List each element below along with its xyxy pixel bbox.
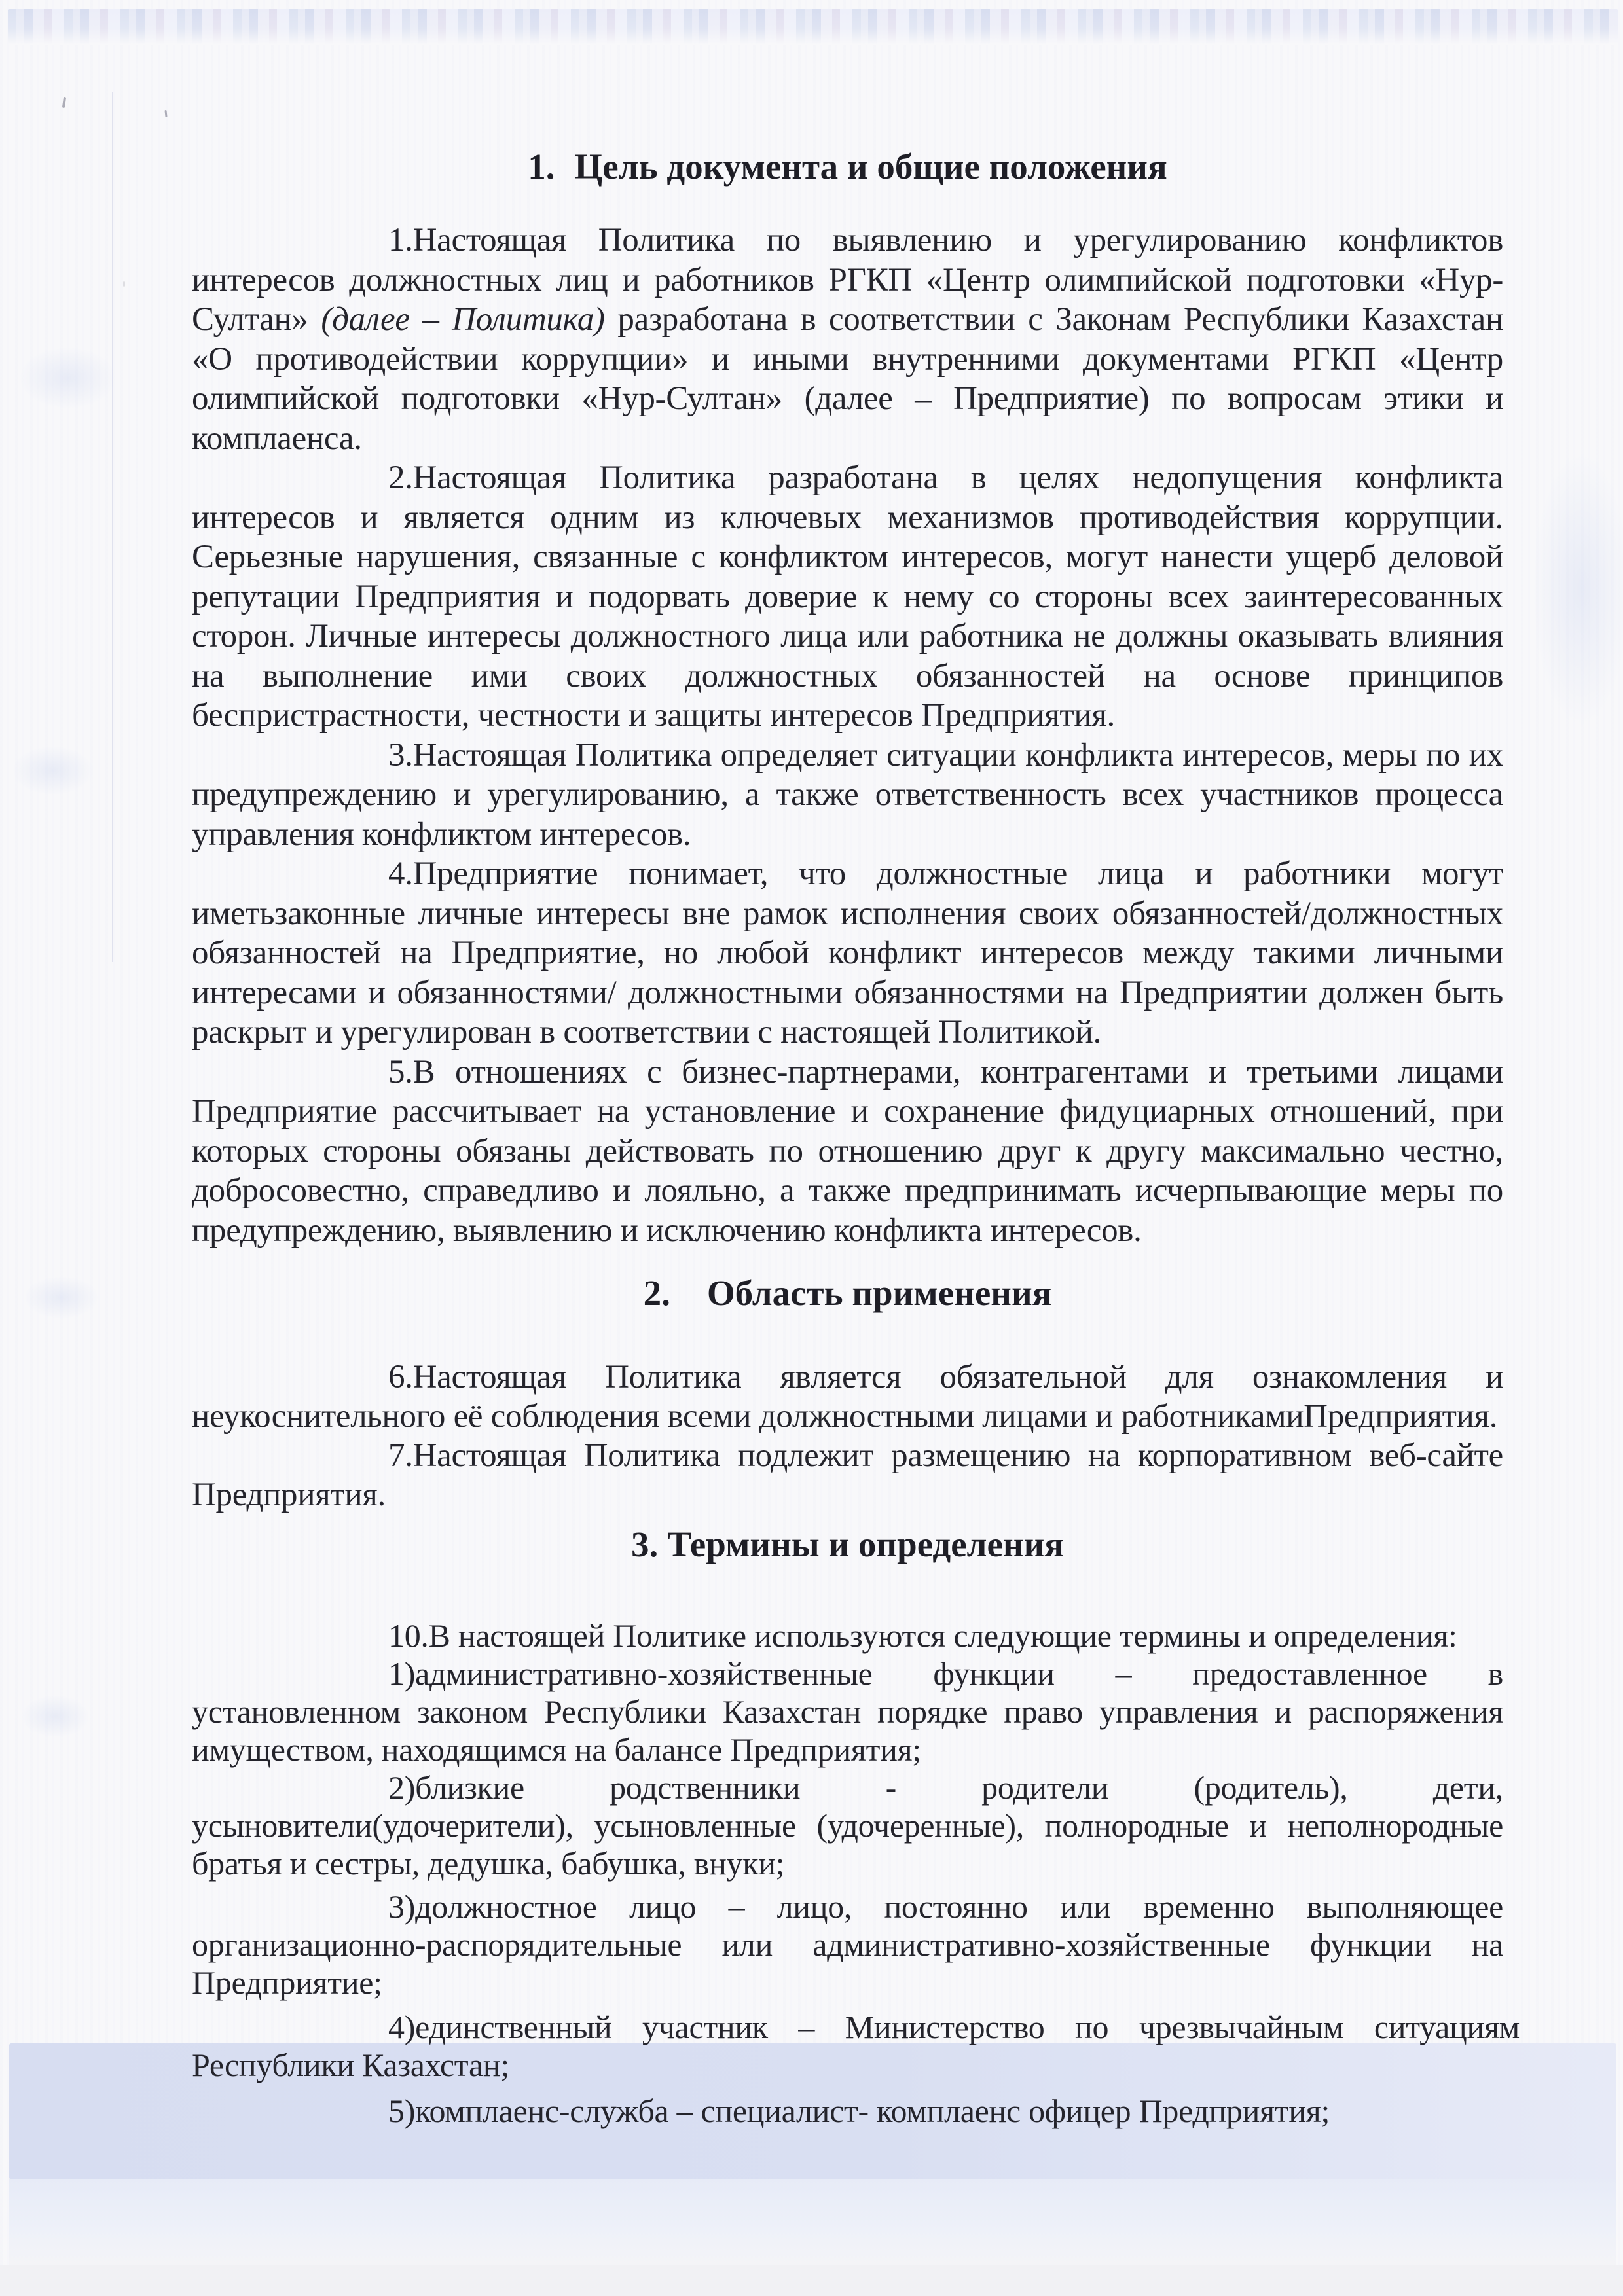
paragraph-4: 4.Предприятие понимает, что должностные … xyxy=(192,854,1503,1052)
section-3-title: Термины и определения xyxy=(667,1524,1064,1564)
section-3-number: 3. xyxy=(631,1525,658,1564)
section-2-heading: 2.Область применения xyxy=(192,1274,1503,1313)
pencil-mark xyxy=(164,110,167,117)
definition-1: 1)административно-хозяйственные функции … xyxy=(192,1655,1503,1768)
section-1-heading: 1.Цель документа и общие положения xyxy=(192,147,1503,187)
paragraph-7-number: 7. xyxy=(290,1436,413,1475)
pencil-mark xyxy=(62,97,66,108)
definition-5-number: 5) xyxy=(290,2092,415,2130)
section-2-number: 2. xyxy=(644,1274,670,1313)
paragraph-6: 6.Настоящая Политика является обязательн… xyxy=(192,1357,1503,1436)
definition-3-number: 3) xyxy=(290,1888,415,1926)
paragraph-5: 5.В отношениях с бизнес-партнерами, конт… xyxy=(192,1052,1503,1251)
definition-2: 2)близкие родственники - родители (родит… xyxy=(192,1768,1503,1882)
paragraph-1-text-italic: (далее – Политика) xyxy=(321,301,604,338)
section-1-body: 1.Настоящая Политика по выявлению и урег… xyxy=(192,221,1503,1250)
scan-smudge xyxy=(18,347,117,409)
section-3-heading: 3.Термины и определения xyxy=(192,1525,1503,1564)
definition-3: 3)должностное лицо – лицо, постоянно или… xyxy=(192,1888,1503,2001)
scanned-document-page: 1.Цель документа и общие положения 1.Нас… xyxy=(0,0,1623,2296)
paragraph-7: 7.Настоящая Политика подлежит размещению… xyxy=(192,1436,1503,1515)
paragraph-10: 10.В настоящей Политике используются сле… xyxy=(192,1617,1503,1655)
paragraph-2-text: Настоящая Политика разработана в целях н… xyxy=(192,459,1503,734)
paragraph-3-number: 3. xyxy=(290,736,413,776)
definition-5: 5)комплаенс-служба – специалист- комплае… xyxy=(192,2092,1503,2130)
section-3-body: 10.В настоящей Политике используются сле… xyxy=(192,1617,1503,2130)
definition-4: 4)единственный участник – Министерство п… xyxy=(192,2008,1520,2084)
paragraph-6-number: 6. xyxy=(290,1357,413,1397)
scan-smudge xyxy=(1532,452,1623,726)
document-text-column: 1.Цель документа и общие положения 1.Нас… xyxy=(192,0,1503,2130)
paragraph-1: 1.Настоящая Политика по выявлению и урег… xyxy=(192,221,1503,458)
section-1-title: Цель документа и общие положения xyxy=(574,147,1167,187)
definition-5-text: комплаенс-служба – специалист- комплаенс… xyxy=(415,2092,1330,2129)
paragraph-10-number: 10. xyxy=(290,1617,429,1655)
scan-smudge xyxy=(24,1276,99,1319)
paragraph-1-number: 1. xyxy=(290,221,413,260)
definition-1-number: 1) xyxy=(290,1655,415,1693)
section-2-title: Область применения xyxy=(707,1273,1052,1313)
paragraph-2: 2.Настоящая Политика разработана в целях… xyxy=(192,458,1503,736)
section-2-body: 6.Настоящая Политика является обязательн… xyxy=(192,1357,1503,1515)
scan-edge-artifact-bottom xyxy=(0,2265,1623,2296)
scan-smudge xyxy=(12,746,94,795)
paragraph-10-text: В настоящей Политике используются следую… xyxy=(429,1617,1457,1654)
pencil-mark xyxy=(123,281,125,287)
paper-fold-line xyxy=(112,92,113,962)
scan-smudge xyxy=(21,1695,90,1738)
scan-tint-fade-bottom xyxy=(9,2179,1616,2265)
definition-2-number: 2) xyxy=(290,1768,415,1806)
paragraph-3: 3.Настоящая Политика определяет ситуации… xyxy=(192,736,1503,855)
paragraph-5-number: 5. xyxy=(290,1052,413,1092)
definition-4-number: 4) xyxy=(290,2008,415,2046)
paragraph-4-number: 4. xyxy=(290,854,413,894)
paragraph-2-number: 2. xyxy=(290,458,413,498)
section-1-number: 1. xyxy=(528,147,555,187)
